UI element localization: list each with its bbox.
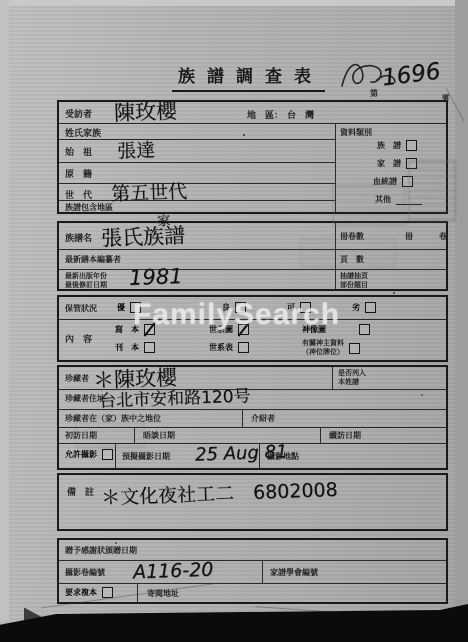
origin-label: 原 籍 xyxy=(65,167,92,180)
film-no-value: A116-20 xyxy=(133,559,214,584)
copy-request: 要求複本 xyxy=(65,587,113,598)
book-title-insert: 家 xyxy=(157,210,171,229)
condition-option-poor: 劣 xyxy=(352,302,376,313)
content-ancestor-tablet: 有關神主資料 （神位牌位） xyxy=(302,339,360,357)
volumes-unit2: 卷 xyxy=(439,231,447,242)
interviewee-value: 陳玫櫻 xyxy=(113,95,177,127)
award-date-label: 贈予感謝狀頒贈日期 xyxy=(65,545,137,556)
scan-bottom-band xyxy=(0,602,468,642)
notes-value: ＊文化夜社工二 6802008 xyxy=(101,475,338,510)
interviewee-label: 受訪者 xyxy=(65,107,92,120)
owner-address-value: 台北市安和路120号 xyxy=(99,381,251,411)
first-ancestor-value: 張達 xyxy=(117,135,156,163)
published-label-line2: 最後修訂日期 xyxy=(65,281,107,290)
checkbox[interactable] xyxy=(406,140,417,151)
owner-label: 珍藏者 xyxy=(65,373,89,384)
section-notes: 備 註 ＊文化夜社工二 6802008 xyxy=(57,473,448,531)
category-option-label: 族 譜 xyxy=(377,140,401,151)
paper-edge-left xyxy=(0,0,9,620)
followup-label: 續訪日期 xyxy=(329,430,361,441)
partial-label-line2: 部份題目 xyxy=(340,281,368,290)
condition-label: 保管狀況 xyxy=(65,303,97,314)
content-option-sublabel: （神位牌位） xyxy=(302,348,344,357)
generations-value: 第五世代 xyxy=(111,177,188,207)
checkbox[interactable] xyxy=(365,302,376,313)
copy-request-label: 要求複本 xyxy=(65,587,97,598)
scanned-genealogy-survey-form: 族譜調查表 第 1696 號 受訪者 陳玫櫻 地 區： 台 灣 姓氏家族 始 祖… xyxy=(0,0,468,642)
book-title-value: 張氏族譜 xyxy=(101,220,186,253)
paper-edge-top xyxy=(0,0,468,6)
condition-option-label: 劣 xyxy=(352,302,360,313)
film-no-label: 攝影卷編號 xyxy=(65,567,105,578)
checkbox[interactable] xyxy=(349,343,360,354)
first-ancestor-label: 始 祖 xyxy=(65,145,92,158)
photo-place-label: 攝影地點 xyxy=(267,451,299,462)
listed-label-line2: 本姓譜 xyxy=(338,378,366,387)
photo-date-label: 預擬攝影日期 xyxy=(122,451,170,462)
notes-label: 備 註 xyxy=(67,485,94,498)
content-printed: 刊 本 xyxy=(115,342,155,353)
published-value: 1981 xyxy=(129,264,183,290)
serial-number-handwritten: 1696 xyxy=(381,59,442,92)
form-title: 族譜調查表 xyxy=(172,62,325,92)
generations-label: 世 代 xyxy=(65,188,92,201)
section-registry: 贈予感謝狀頒贈日期 攝影卷編號 A116-20 家譜學會編號 要求複本 寄閱地址 xyxy=(57,538,448,604)
interview-label: 晤談日期 xyxy=(143,430,175,441)
serial-prefix: 第 xyxy=(370,88,378,99)
category-option-label: 家 譜 xyxy=(377,158,401,169)
coverage-label: 族譜包含地區 xyxy=(65,202,113,213)
introducer-label: 介紹者 xyxy=(251,413,275,424)
surname-family-label: 姓氏家族 xyxy=(65,126,101,139)
checkbox[interactable] xyxy=(102,587,113,598)
faint-stamp xyxy=(75,415,145,449)
category-label: 資料類別 xyxy=(340,127,372,138)
checkbox[interactable] xyxy=(359,324,370,335)
checkbox[interactable] xyxy=(102,449,113,460)
book-title-label: 族譜名 xyxy=(65,231,92,244)
faint-stamp xyxy=(332,184,406,226)
checkbox[interactable] xyxy=(238,342,249,353)
compiler-label: 最新繕本編纂者 xyxy=(65,254,121,265)
photo-permission-label: 允許攝影 xyxy=(65,449,97,460)
checkbox[interactable] xyxy=(144,342,155,353)
familysearch-watermark: FamilySearch xyxy=(133,298,340,332)
content-option-label: 刊 本 xyxy=(115,342,139,353)
society-no-label: 家譜學會編號 xyxy=(270,567,318,578)
content-label: 內 容 xyxy=(65,332,92,345)
scan-specks xyxy=(243,134,245,136)
content-option-label: 世系表 xyxy=(209,342,233,353)
category-option-zupu: 族 譜 xyxy=(377,140,417,151)
region-label: 地 區： xyxy=(247,108,283,121)
published-label-line1: 最新出版年份 xyxy=(65,272,107,281)
faint-stamp xyxy=(300,238,396,268)
paper-edge-right xyxy=(455,0,468,642)
faint-stamp xyxy=(408,160,456,222)
content-option-label: 有關神主資料 xyxy=(302,339,344,348)
condition-option-label: 優 xyxy=(117,302,125,313)
content-lineage-table: 世系表 xyxy=(209,342,249,353)
region-value: 台 灣 xyxy=(287,108,314,121)
listed-label-line1: 是否列入 xyxy=(338,369,366,378)
volumes-unit1: 冊 xyxy=(405,231,413,242)
photo-permission: 允許攝影 xyxy=(65,449,113,460)
partial-label-line1: 抽譜抽頁 xyxy=(340,272,368,281)
